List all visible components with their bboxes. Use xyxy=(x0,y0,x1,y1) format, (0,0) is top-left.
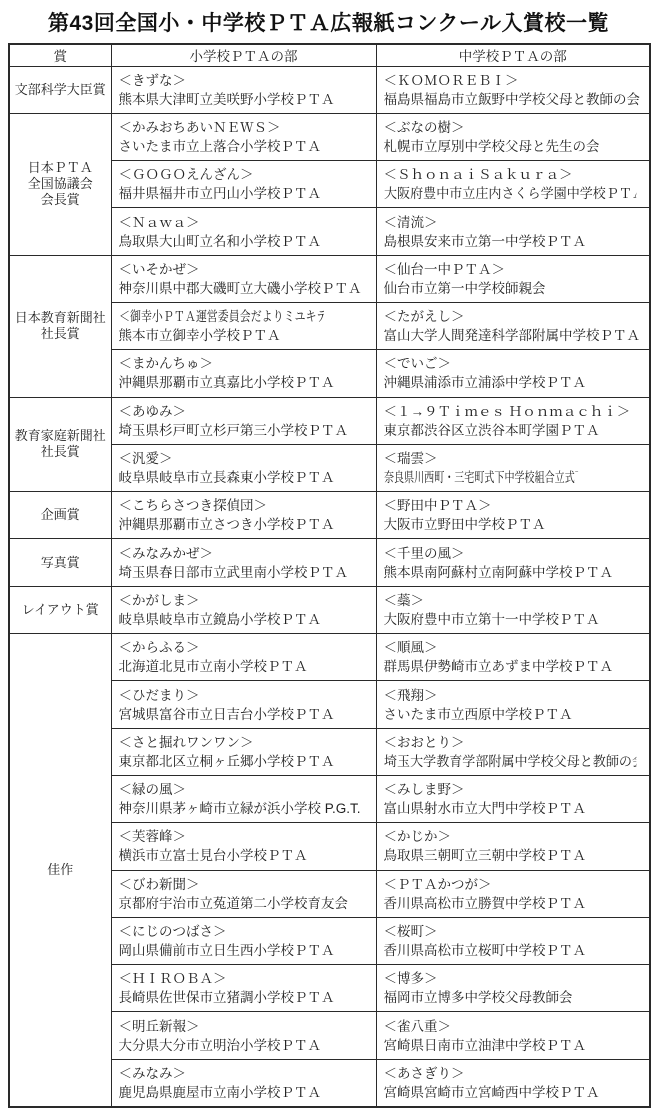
newsletter-title: ＜みしま野＞ xyxy=(384,780,645,799)
newsletter-title: ＜蘂＞ xyxy=(384,591,645,610)
school-pta-name: 奈良県川西町・三宅町式下中学校組合立式下中学校ＰＴＡ xyxy=(384,468,578,487)
table-row: 文部科学大臣賞＜きずな＞熊本県大津町立美咲野小学校ＰＴＡ＜ＫＯＭＯＲＥＢＩ＞福島… xyxy=(9,66,650,113)
newsletter-title: ＜かじか＞ xyxy=(384,827,645,846)
newsletter-title: ＜あゆみ＞ xyxy=(119,402,371,421)
junior-high-entry-cell: ＜飛翔＞さいたま市立西原中学校ＰＴＡ xyxy=(376,681,650,728)
newsletter-title: ＜たがえし＞ xyxy=(384,307,645,326)
elementary-entry-cell: ＜こちらさつき探偵団＞沖縄県那覇市立さつき小学校ＰＴＡ xyxy=(111,492,376,539)
header-row: 賞 小学校ＰＴＡの部 中学校ＰＴＡの部 xyxy=(9,44,650,66)
award-label-line: 文部科学大臣賞 xyxy=(11,82,110,98)
newsletter-title: ＜雀八重＞ xyxy=(384,1017,645,1036)
school-pta-name: 沖縄県浦添市立浦添中学校ＰＴＡ xyxy=(384,373,645,392)
award-cell: 企画賞 xyxy=(9,492,111,539)
newsletter-title: ＜仙台一中ＰＴＡ＞ xyxy=(384,260,645,279)
elementary-entry-cell: ＜みなみ＞鹿児島県鹿屋市立南小学校ＰＴＡ xyxy=(111,1059,376,1106)
school-pta-name: 大阪府豊中市立庄内さくら学園中学校ＰＴＡ xyxy=(384,184,636,203)
newsletter-title: ＜ぶなの樹＞ xyxy=(384,118,645,137)
school-pta-name: 東京都北区立桐ヶ丘郷小学校ＰＴＡ xyxy=(119,752,371,771)
newsletter-title: ＜おおとり＞ xyxy=(384,733,645,752)
awards-table-header: 賞 小学校ＰＴＡの部 中学校ＰＴＡの部 xyxy=(9,44,650,66)
elementary-entry-cell: ＜かがしま＞岐阜県岐阜市立鏡島小学校ＰＴＡ xyxy=(111,586,376,633)
school-pta-name: 沖縄県那覇市立真嘉比小学校ＰＴＡ xyxy=(119,373,371,392)
school-pta-name: 埼玉大学教育学部附属中学校父母と教師の会 xyxy=(384,752,636,771)
newsletter-title: ＜順風＞ xyxy=(384,638,645,657)
school-pta-name: さいたま市立西原中学校ＰＴＡ xyxy=(384,705,645,724)
award-label-line: レイアウト賞 xyxy=(11,602,110,618)
junior-high-entry-cell: ＜みしま野＞富山県射水市立大門中学校ＰＴＡ xyxy=(376,775,650,822)
newsletter-title: ＜ＳｈｏｎａｉＳａｋｕｒａ＞ xyxy=(384,165,645,184)
junior-high-entry-cell: ＜野田中ＰＴＡ＞大阪市立野田中学校ＰＴＡ xyxy=(376,492,650,539)
school-pta-name: 宮崎県日南市立油津中学校ＰＴＡ xyxy=(384,1036,645,1055)
school-pta-name: 岐阜県岐阜市立長森東小学校ＰＴＡ xyxy=(119,468,371,487)
awards-table: 賞 小学校ＰＴＡの部 中学校ＰＴＡの部 文部科学大臣賞＜きずな＞熊本県大津町立美… xyxy=(8,43,651,1108)
newsletter-title: ＜ＨＩＲＯＢＡ＞ xyxy=(119,969,371,988)
school-pta-name: 熊本県南阿蘇村立南阿蘇中学校ＰＴＡ xyxy=(384,563,645,582)
newsletter-title: ＜ＫＯＭＯＲＥＢＩ＞ xyxy=(384,71,645,90)
school-pta-name: 岐阜県岐阜市立鏡島小学校ＰＴＡ xyxy=(119,610,371,629)
newsletter-title: ＜飛翔＞ xyxy=(384,686,645,705)
junior-high-entry-cell: ＜でいご＞沖縄県浦添市立浦添中学校ＰＴＡ xyxy=(376,350,650,397)
school-pta-name: 沖縄県那覇市立さつき小学校ＰＴＡ xyxy=(119,515,371,534)
school-pta-name: 宮城県富谷市立日吉台小学校ＰＴＡ xyxy=(119,705,371,724)
junior-high-entry-cell: ＜千里の風＞熊本県南阿蘇村立南阿蘇中学校ＰＴＡ xyxy=(376,539,650,586)
award-label-line: 全国協議会 xyxy=(11,176,110,192)
table-row: レイアウト賞＜かがしま＞岐阜県岐阜市立鏡島小学校ＰＴＡ＜蘂＞大阪府豊中市立第十一… xyxy=(9,586,650,633)
elementary-entry-cell: ＜いそかぜ＞神奈川県中郡大磯町立大磯小学校ＰＴＡ xyxy=(111,255,376,302)
school-pta-name: 群馬県伊勢崎市立あずま中学校ＰＴＡ xyxy=(384,657,645,676)
award-cell: 日本ＰＴＡ全国協議会会長賞 xyxy=(9,113,111,255)
newsletter-title: ＜かみおちあいＮＥＷＳ＞ xyxy=(119,118,371,137)
school-pta-name: 鹿児島県鹿屋市立南小学校ＰＴＡ xyxy=(119,1083,371,1102)
school-pta-name: 北海道北見市立南小学校ＰＴＡ xyxy=(119,657,371,676)
elementary-entry-cell: ＜明丘新報＞大分県大分市立明治小学校ＰＴＡ xyxy=(111,1012,376,1059)
school-pta-name: 熊本県大津町立美咲野小学校ＰＴＡ xyxy=(119,90,371,109)
newsletter-title: ＜ＧＯＧＯえんざん＞ xyxy=(119,165,371,184)
header-cell-junior-high: 中学校ＰＴＡの部 xyxy=(376,44,650,66)
newsletter-title: ＜みなみ＞ xyxy=(119,1064,371,1083)
newsletter-title: ＜みなみかぜ＞ xyxy=(119,544,371,563)
school-pta-name: 島根県安来市立第一中学校ＰＴＡ xyxy=(384,232,645,251)
junior-high-entry-cell: ＜あさぎり＞宮崎県宮崎市立宮崎西中学校ＰＴＡ xyxy=(376,1059,650,1106)
newsletter-title: ＜御幸小ＰＴＡ運営委員会だよりミユキテンポス＞ xyxy=(119,307,324,326)
school-pta-name: 大分県大分市立明治小学校ＰＴＡ xyxy=(119,1036,371,1055)
junior-high-entry-cell: ＜ぶなの樹＞札幌市立厚別中学校父母と先生の会 xyxy=(376,113,650,160)
award-label-line: 社長賞 xyxy=(11,326,110,342)
school-pta-name: 熊本市立御幸小学校ＰＴＡ xyxy=(119,326,371,345)
elementary-entry-cell: ＜からふる＞北海道北見市立南小学校ＰＴＡ xyxy=(111,634,376,681)
school-pta-name: 横浜市立富士見台小学校ＰＴＡ xyxy=(119,846,371,865)
junior-high-entry-cell: ＜清流＞島根県安来市立第一中学校ＰＴＡ xyxy=(376,208,650,255)
newsletter-title: ＜でいご＞ xyxy=(384,354,645,373)
table-row: 日本教育新聞社社長賞＜いそかぜ＞神奈川県中郡大磯町立大磯小学校ＰＴＡ＜仙台一中Ｐ… xyxy=(9,255,650,302)
award-cell: 佳作 xyxy=(9,634,111,1107)
elementary-entry-cell: ＜びわ新聞＞京都府宇治市立菟道第二小学校育友会 xyxy=(111,870,376,917)
elementary-entry-cell: ＜さと掘れワンワン＞東京都北区立桐ヶ丘郷小学校ＰＴＡ xyxy=(111,728,376,775)
newsletter-title: ＜桜町＞ xyxy=(384,922,645,941)
award-cell: 写真賞 xyxy=(9,539,111,586)
junior-high-entry-cell: ＜ＰＴＡかつが＞香川県高松市立勝賀中学校ＰＴＡ xyxy=(376,870,650,917)
newsletter-title: ＜かがしま＞ xyxy=(119,591,371,610)
school-pta-name: 埼玉県春日部市立武里南小学校ＰＴＡ xyxy=(119,563,371,582)
elementary-entry-cell: ＜御幸小ＰＴＡ運営委員会だよりミユキテンポス＞熊本市立御幸小学校ＰＴＡ xyxy=(111,302,376,349)
award-cell: 教育家庭新聞社社長賞 xyxy=(9,397,111,492)
newsletter-title: ＜こちらさつき探偵団＞ xyxy=(119,496,371,515)
newsletter-title: ＜１→９Ｔｉｍｅｓ Ｈｏｎｍａｃｈｉ＞ xyxy=(384,402,645,421)
school-pta-name: 富山大学人間発達科学部附属中学校ＰＴＡ xyxy=(384,326,645,345)
elementary-entry-cell: ＜にじのつばさ＞岡山県備前市立日生西小学校ＰＴＡ xyxy=(111,917,376,964)
newsletter-title: ＜芙蓉峰＞ xyxy=(119,827,371,846)
school-pta-name: 鳥取県三朝町立三朝中学校ＰＴＡ xyxy=(384,846,645,865)
school-pta-name: 香川県高松市立勝賀中学校ＰＴＡ xyxy=(384,894,645,913)
elementary-entry-cell: ＜あゆみ＞埼玉県杉戸町立杉戸第三小学校ＰＴＡ xyxy=(111,397,376,444)
newsletter-title: ＜汎愛＞ xyxy=(119,449,371,468)
award-label-line: 日本ＰＴＡ xyxy=(11,160,110,176)
newsletter-title: ＜にじのつばさ＞ xyxy=(119,922,371,941)
newsletter-title: ＜きずな＞ xyxy=(119,71,371,90)
school-pta-name: 富山県射水市立大門中学校ＰＴＡ xyxy=(384,799,645,818)
awards-table-body: 文部科学大臣賞＜きずな＞熊本県大津町立美咲野小学校ＰＴＡ＜ＫＯＭＯＲＥＢＩ＞福島… xyxy=(9,66,650,1107)
newsletter-title: ＜いそかぜ＞ xyxy=(119,260,371,279)
newsletter-title: ＜Ｎａｗａ＞ xyxy=(119,213,371,232)
school-pta-name: 鳥取県大山町立名和小学校ＰＴＡ xyxy=(119,232,371,251)
newsletter-title: ＜びわ新聞＞ xyxy=(119,875,371,894)
header-cell-award: 賞 xyxy=(9,44,111,66)
school-pta-name: 埼玉県杉戸町立杉戸第三小学校ＰＴＡ xyxy=(119,421,371,440)
school-pta-name: 神奈川県中郡大磯町立大磯小学校ＰＴＡ xyxy=(119,279,371,298)
junior-high-entry-cell: ＜瑞雲＞奈良県川西町・三宅町式下中学校組合立式下中学校ＰＴＡ xyxy=(376,444,650,491)
newsletter-title: ＜瑞雲＞ xyxy=(384,449,645,468)
award-label-line: 教育家庭新聞社 xyxy=(11,428,110,444)
newsletter-title: ＜緑の風＞ xyxy=(119,780,371,799)
school-pta-name: 京都府宇治市立菟道第二小学校育友会 xyxy=(119,894,371,913)
elementary-entry-cell: ＜芙蓉峰＞横浜市立富士見台小学校ＰＴＡ xyxy=(111,823,376,870)
newsletter-title: ＜まかんちゅ＞ xyxy=(119,354,371,373)
school-pta-name: 岡山県備前市立日生西小学校ＰＴＡ xyxy=(119,941,371,960)
junior-high-entry-cell: ＜博多＞福岡市立博多中学校父母教師会 xyxy=(376,965,650,1012)
award-label-line: 企画賞 xyxy=(11,507,110,523)
table-row: 佳作＜からふる＞北海道北見市立南小学校ＰＴＡ＜順風＞群馬県伊勢崎市立あずま中学校… xyxy=(9,634,650,681)
table-row: 日本ＰＴＡ全国協議会会長賞＜かみおちあいＮＥＷＳ＞さいたま市立上落合小学校ＰＴＡ… xyxy=(9,113,650,160)
award-cell: 日本教育新聞社社長賞 xyxy=(9,255,111,397)
junior-high-entry-cell: ＜雀八重＞宮崎県日南市立油津中学校ＰＴＡ xyxy=(376,1012,650,1059)
junior-high-entry-cell: ＜蘂＞大阪府豊中市立第十一中学校ＰＴＡ xyxy=(376,586,650,633)
junior-high-entry-cell: ＜ＫＯＭＯＲＥＢＩ＞福島県福島市立飯野中学校父母と教師の会 xyxy=(376,66,650,113)
school-pta-name: 福岡市立博多中学校父母教師会 xyxy=(384,988,645,1007)
elementary-entry-cell: ＜Ｎａｗａ＞鳥取県大山町立名和小学校ＰＴＡ xyxy=(111,208,376,255)
junior-high-entry-cell: ＜おおとり＞埼玉大学教育学部附属中学校父母と教師の会 xyxy=(376,728,650,775)
award-label-line: 日本教育新聞社 xyxy=(11,310,110,326)
elementary-entry-cell: ＜まかんちゅ＞沖縄県那覇市立真嘉比小学校ＰＴＡ xyxy=(111,350,376,397)
award-cell: レイアウト賞 xyxy=(9,586,111,633)
school-pta-name: 福井県福井市立円山小学校ＰＴＡ xyxy=(119,184,371,203)
newsletter-title: ＜博多＞ xyxy=(384,969,645,988)
junior-high-entry-cell: ＜順風＞群馬県伊勢崎市立あずま中学校ＰＴＡ xyxy=(376,634,650,681)
elementary-entry-cell: ＜ひだまり＞宮城県富谷市立日吉台小学校ＰＴＡ xyxy=(111,681,376,728)
elementary-entry-cell: ＜かみおちあいＮＥＷＳ＞さいたま市立上落合小学校ＰＴＡ xyxy=(111,113,376,160)
award-label-line: 社長賞 xyxy=(11,444,110,460)
junior-high-entry-cell: ＜たがえし＞富山大学人間発達科学部附属中学校ＰＴＡ xyxy=(376,302,650,349)
header-cell-elementary: 小学校ＰＴＡの部 xyxy=(111,44,376,66)
newsletter-title: ＜あさぎり＞ xyxy=(384,1064,645,1083)
newsletter-title: ＜からふる＞ xyxy=(119,638,371,657)
elementary-entry-cell: ＜みなみかぜ＞埼玉県春日部市立武里南小学校ＰＴＡ xyxy=(111,539,376,586)
award-label-line: 写真賞 xyxy=(11,555,110,571)
school-pta-name: 福島県福島市立飯野中学校父母と教師の会 xyxy=(384,90,645,109)
junior-high-entry-cell: ＜桜町＞香川県高松市立桜町中学校ＰＴＡ xyxy=(376,917,650,964)
school-pta-name: 長崎県佐世保市立猪調小学校ＰＴＡ xyxy=(119,988,371,1007)
table-row: 教育家庭新聞社社長賞＜あゆみ＞埼玉県杉戸町立杉戸第三小学校ＰＴＡ＜１→９Ｔｉｍｅ… xyxy=(9,397,650,444)
newsletter-title: ＜さと掘れワンワン＞ xyxy=(119,733,371,752)
junior-high-entry-cell: ＜かじか＞鳥取県三朝町立三朝中学校ＰＴＡ xyxy=(376,823,650,870)
award-cell: 文部科学大臣賞 xyxy=(9,66,111,113)
newsletter-title: ＜清流＞ xyxy=(384,213,645,232)
school-pta-name: さいたま市立上落合小学校ＰＴＡ xyxy=(119,137,371,156)
elementary-entry-cell: ＜ＨＩＲＯＢＡ＞長崎県佐世保市立猪調小学校ＰＴＡ xyxy=(111,965,376,1012)
table-row: 企画賞＜こちらさつき探偵団＞沖縄県那覇市立さつき小学校ＰＴＡ＜野田中ＰＴＡ＞大阪… xyxy=(9,492,650,539)
newsletter-title: ＜明丘新報＞ xyxy=(119,1017,371,1036)
elementary-entry-cell: ＜ＧＯＧＯえんざん＞福井県福井市立円山小学校ＰＴＡ xyxy=(111,161,376,208)
newsletter-title: ＜ＰＴＡかつが＞ xyxy=(384,875,645,894)
page: 第43回全国小・中学校ＰＴＡ広報紙コンクール入賞校一覧 賞 小学校ＰＴＡの部 中… xyxy=(0,0,657,1105)
school-pta-name: 札幌市立厚別中学校父母と先生の会 xyxy=(384,137,645,156)
elementary-entry-cell: ＜汎愛＞岐阜県岐阜市立長森東小学校ＰＴＡ xyxy=(111,444,376,491)
junior-high-entry-cell: ＜ＳｈｏｎａｉＳａｋｕｒａ＞大阪府豊中市立庄内さくら学園中学校ＰＴＡ xyxy=(376,161,650,208)
school-pta-name: 東京都渋谷区立渋谷本町学園ＰＴＡ xyxy=(384,421,645,440)
elementary-entry-cell: ＜緑の風＞神奈川県茅ヶ崎市立緑が浜小学校 P.G.T. xyxy=(111,775,376,822)
table-row: 写真賞＜みなみかぜ＞埼玉県春日部市立武里南小学校ＰＴＡ＜千里の風＞熊本県南阿蘇村… xyxy=(9,539,650,586)
school-pta-name: 香川県高松市立桜町中学校ＰＴＡ xyxy=(384,941,645,960)
school-pta-name: 大阪市立野田中学校ＰＴＡ xyxy=(384,515,645,534)
newsletter-title: ＜ひだまり＞ xyxy=(119,686,371,705)
award-label-line: 佳作 xyxy=(11,862,110,878)
page-title: 第43回全国小・中学校ＰＴＡ広報紙コンクール入賞校一覧 xyxy=(0,0,657,37)
elementary-entry-cell: ＜きずな＞熊本県大津町立美咲野小学校ＰＴＡ xyxy=(111,66,376,113)
junior-high-entry-cell: ＜１→９Ｔｉｍｅｓ Ｈｏｎｍａｃｈｉ＞東京都渋谷区立渋谷本町学園ＰＴＡ xyxy=(376,397,650,444)
school-pta-name: 宮崎県宮崎市立宮崎西中学校ＰＴＡ xyxy=(384,1083,645,1102)
school-pta-name: 大阪府豊中市立第十一中学校ＰＴＡ xyxy=(384,610,645,629)
newsletter-title: ＜野田中ＰＴＡ＞ xyxy=(384,496,645,515)
award-label-line: 会長賞 xyxy=(11,192,110,208)
school-pta-name: 仙台市立第一中学校師親会 xyxy=(384,279,645,298)
school-pta-name: 神奈川県茅ヶ崎市立緑が浜小学校 P.G.T. xyxy=(119,799,371,818)
newsletter-title: ＜千里の風＞ xyxy=(384,544,645,563)
junior-high-entry-cell: ＜仙台一中ＰＴＡ＞仙台市立第一中学校師親会 xyxy=(376,255,650,302)
